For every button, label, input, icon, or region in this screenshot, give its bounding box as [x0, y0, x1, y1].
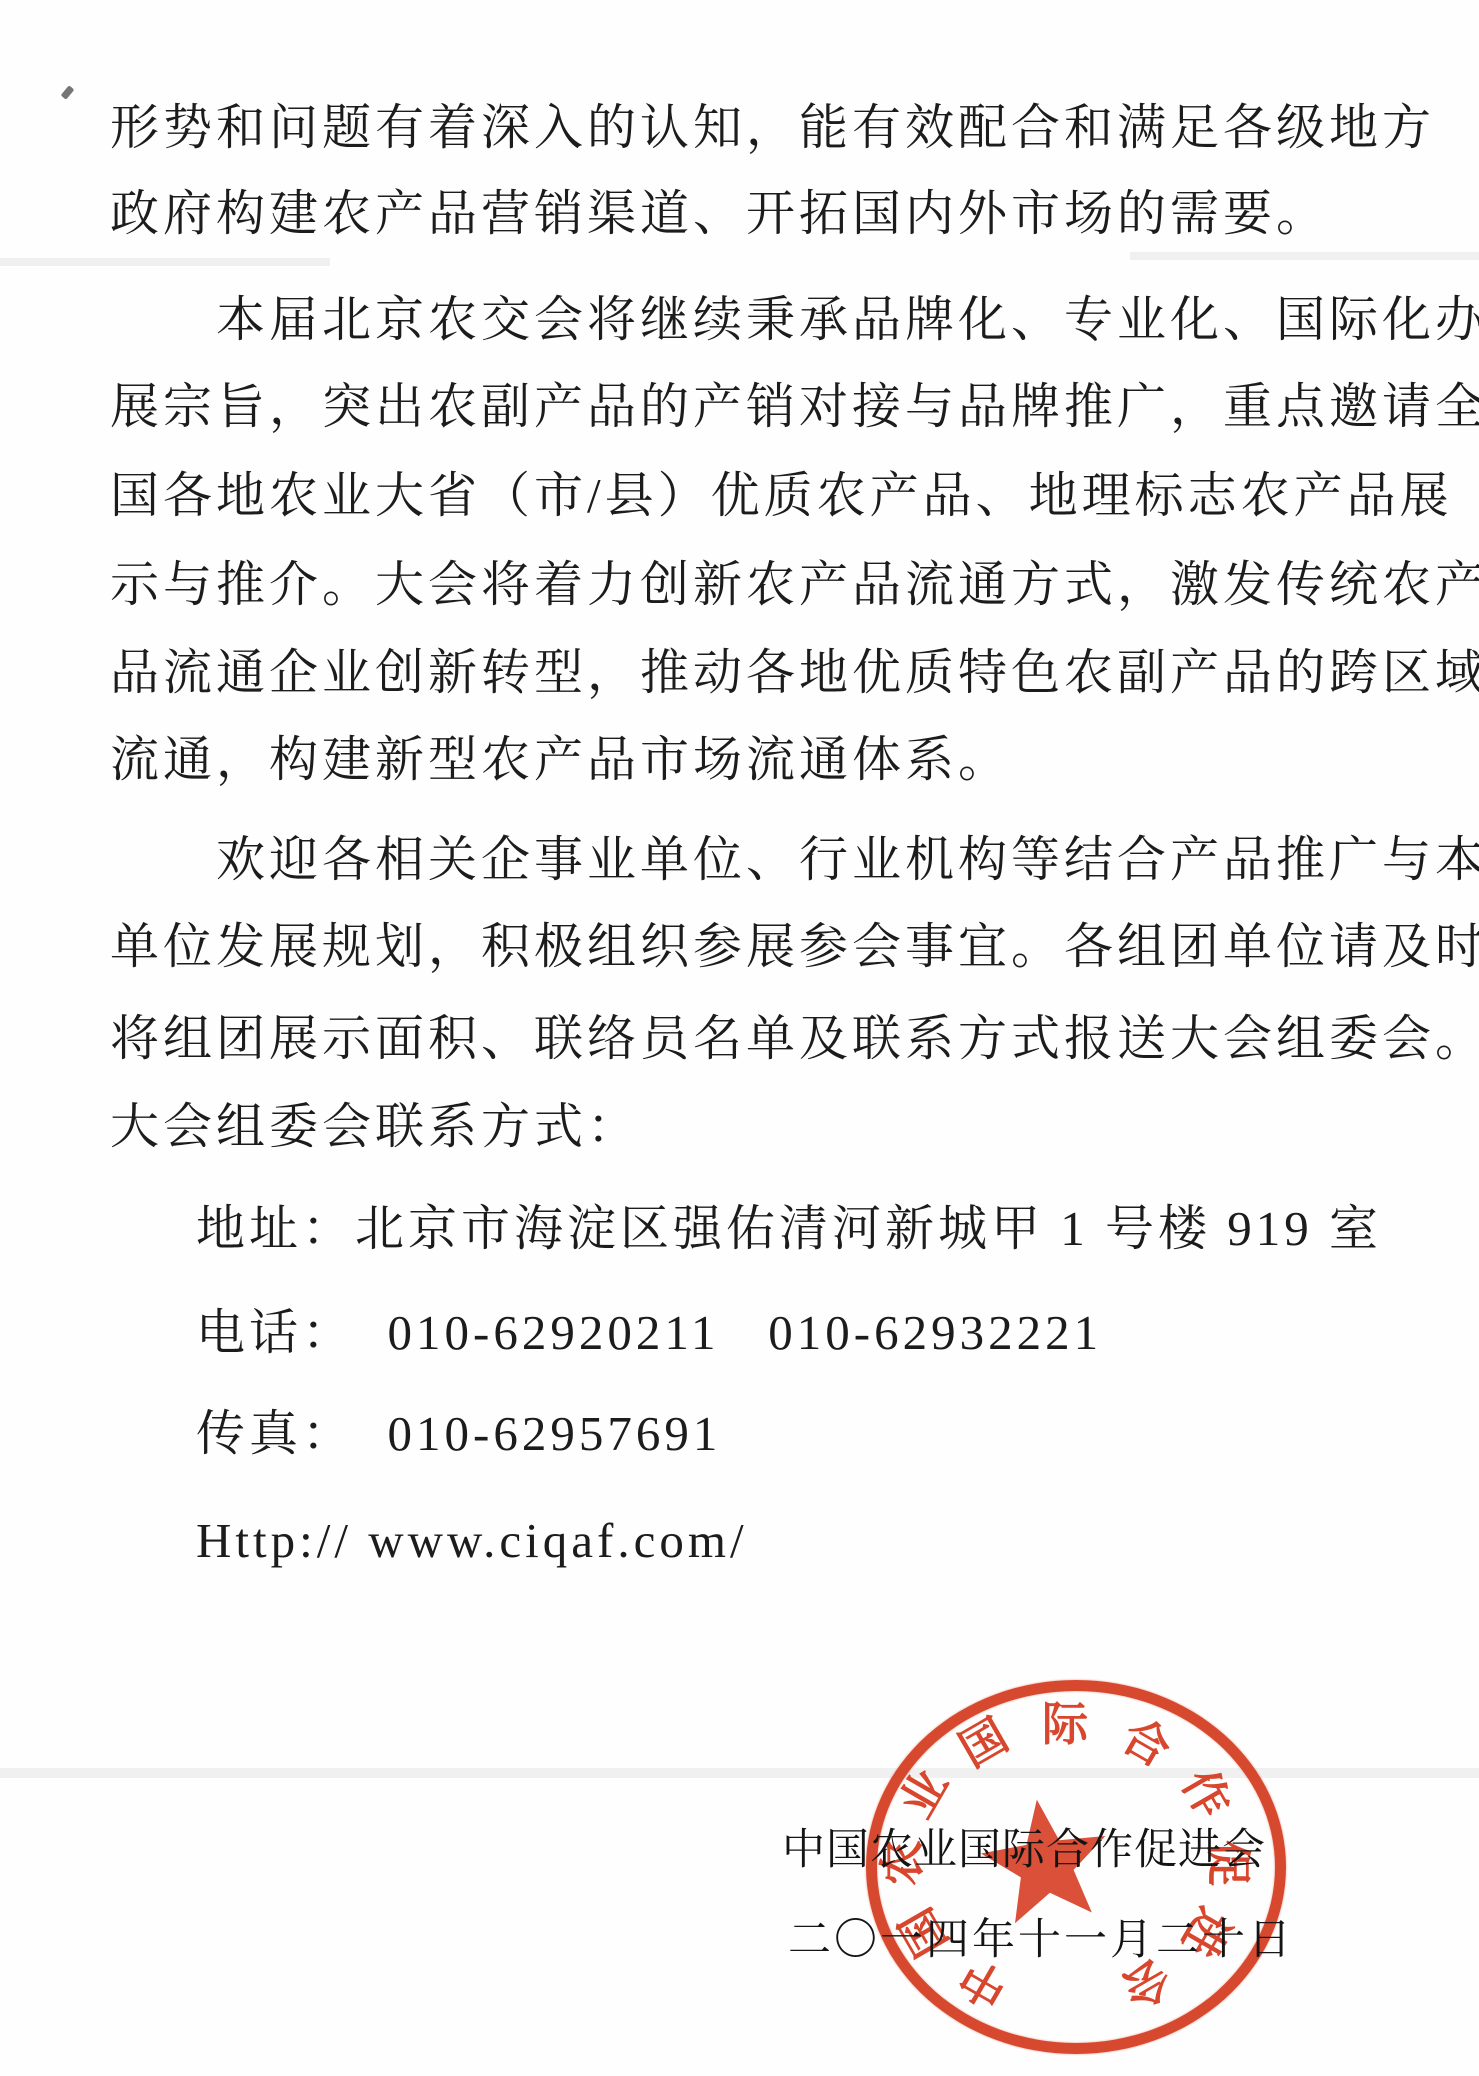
body-line-5: 国各地农业大省（市/县）优质农产品、地理标志农产品展: [110, 468, 1453, 524]
fax-line: 传真： 010-62957691: [196, 1406, 721, 1462]
body-line-2: 政府构建农产品营销渠道、开拓国内外市场的需要。: [110, 186, 1329, 242]
scan-artifact: [61, 85, 75, 99]
body-line-9: 欢迎各相关企事业单位、行业机构等结合产品推广与本: [216, 832, 1479, 888]
scan-streak: [1130, 252, 1479, 260]
body-line-4: 展宗旨，突出农副产品的产销对接与品牌推广，重点邀请全: [110, 379, 1479, 435]
body-line-1: 形势和问题有着深入的认知，能有效配合和满足各级地方: [110, 100, 1435, 156]
signature-org: 中国农业国际合作促进会: [782, 1816, 1266, 1877]
body-line-7: 品流通企业创新转型，推动各地优质特色农副产品的跨区域: [110, 645, 1479, 701]
committee-contact-heading: 大会组委会联系方式：: [110, 1099, 640, 1155]
address-line: 地址：北京市海淀区强佑清河新城甲 1 号楼 919 室: [196, 1201, 1382, 1257]
seal-ring-char: 际: [1042, 1688, 1088, 1754]
signature-date: 二〇一四年十一月二十日: [788, 1906, 1294, 1967]
body-line-10: 单位发展规划，积极组织参展参会事宜。各组团单位请及时: [110, 919, 1479, 975]
body-line-8: 流通，构建新型农产品市场流通体系。: [110, 732, 1011, 788]
website-line: Http:// www.ciqaf.com/: [196, 1513, 748, 1569]
body-line-11: 将组团展示面积、联络员名单及联系方式报送大会组委会。: [110, 1011, 1479, 1067]
body-line-3: 本届北京农交会将继续秉承品牌化、专业化、国际化办: [216, 292, 1479, 348]
scan-streak: [0, 258, 330, 266]
phone-line: 电话： 010-62920211 010-62932221: [196, 1305, 1102, 1361]
scanned-letter-page: 形势和问题有着深入的认知，能有效配合和满足各级地方政府构建农产品营销渠道、开拓国…: [0, 0, 1479, 2076]
body-line-6: 示与推介。大会将着力创新农产品流通方式，激发传统农产: [110, 557, 1479, 613]
